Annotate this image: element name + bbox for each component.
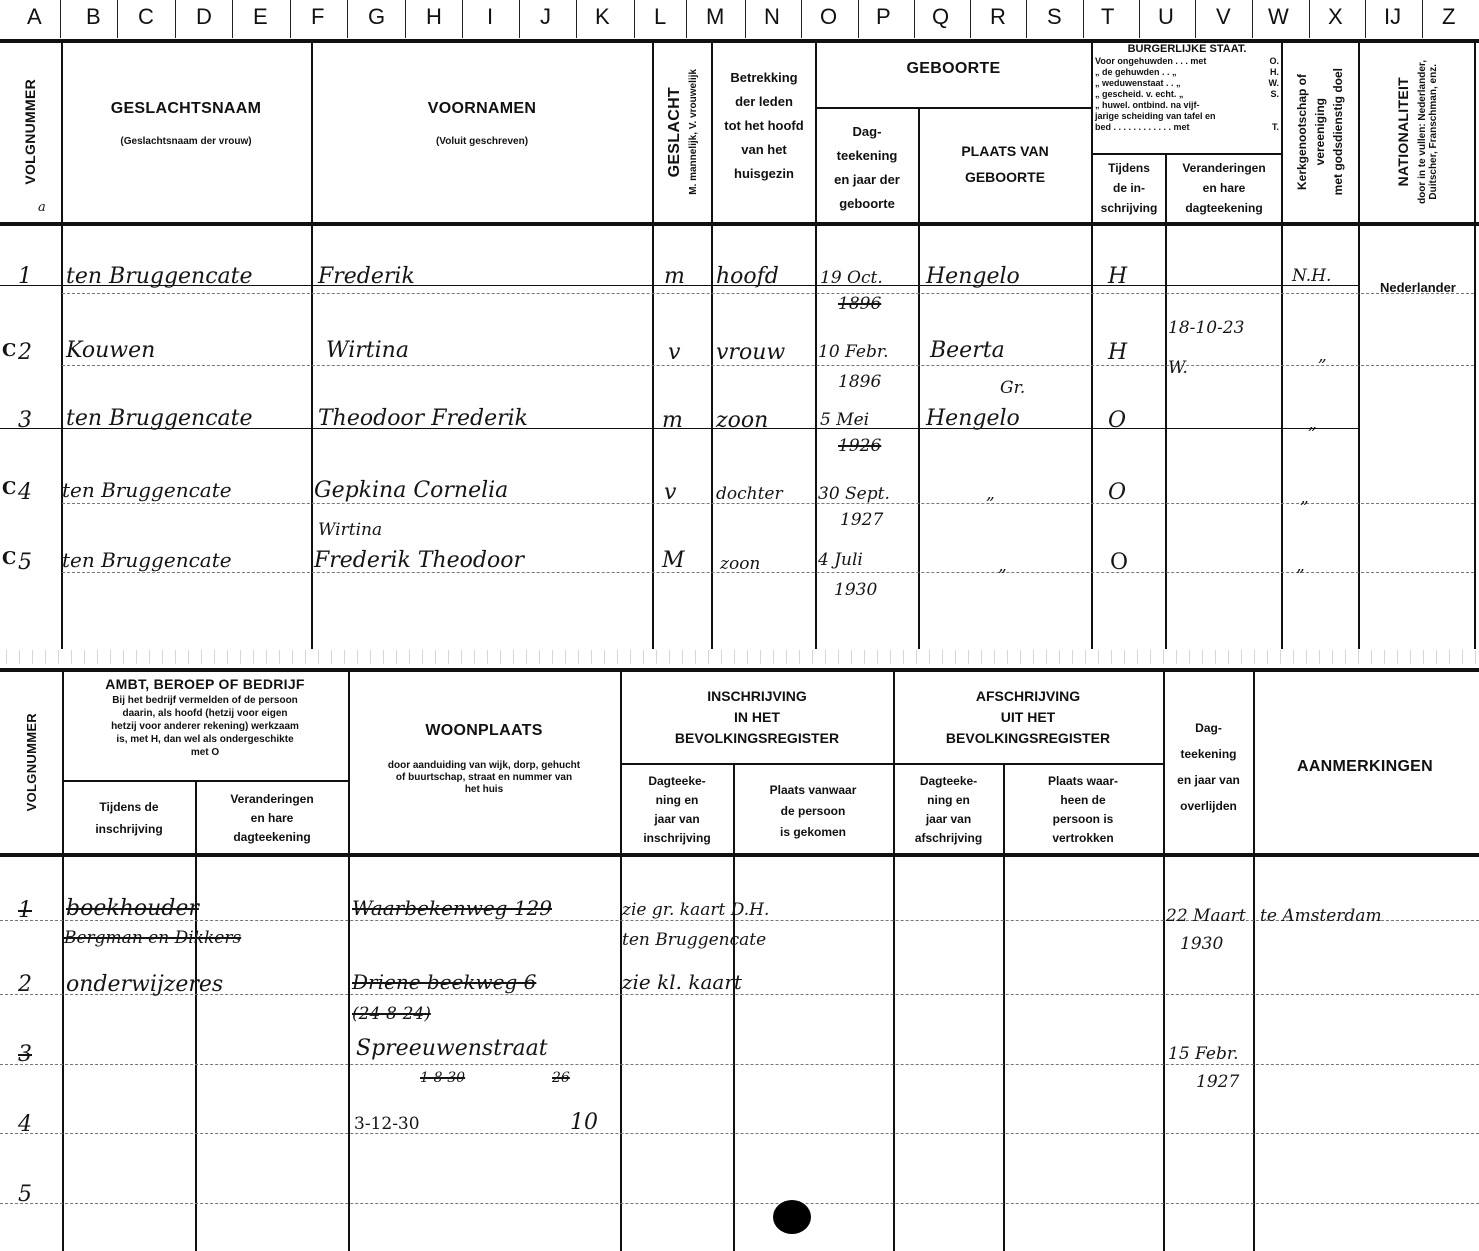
index-letter-m[interactable]: M (706, 4, 724, 30)
ambt-sub-line: Bij het bedrijf vermelden of de persoon (111, 694, 299, 707)
col-line (620, 671, 622, 1251)
bs-line: „ weduwenstaat . . „ (1095, 78, 1181, 89)
row-number: 2 (18, 972, 32, 997)
woonplaats-header: WOONPLAATS door aanduiding van wijk, dor… (350, 722, 618, 796)
index-divider (1195, 0, 1196, 38)
staat: H (1108, 264, 1127, 289)
ambt-tijdens-line: Tijdens de (99, 796, 158, 818)
inschrijving-title-line: INSCHRIJVING (707, 686, 807, 707)
geboorte-header: GEBOORTE (817, 60, 1090, 78)
voornamen-sublabel: (Voluit geschreven) (436, 136, 528, 147)
betrekking: zoon (716, 408, 768, 433)
geb-plaats: „ (998, 556, 1007, 576)
voornamen: Frederik Theodoor (314, 548, 524, 573)
ambt-vervolg: Bergman en Dikkers (64, 928, 241, 948)
ambt-sub-line: met O (111, 746, 299, 759)
nationaliteit: Nederlander (1380, 280, 1456, 295)
row-prefix: C (2, 340, 16, 361)
voornamen: Frederik (318, 264, 415, 289)
geb-jaar: 1930 (834, 580, 877, 600)
inschrijving-title-line: BEVOLKINGSREGISTER (675, 728, 839, 749)
geboorte-datum-line: Dag- (853, 120, 882, 144)
inschrijving-title-line: IN HET (734, 707, 780, 728)
bs-code: H. (1270, 67, 1279, 78)
col-line (893, 671, 895, 1251)
kerk: „ (1300, 488, 1309, 508)
overlijden-line: teekening (1180, 741, 1236, 767)
geb-datum: 4 Juli (818, 550, 863, 570)
index-divider (462, 0, 463, 38)
geslacht: M (662, 548, 685, 573)
index-divider (634, 0, 635, 38)
ambt-veranderingen-line: en hare (251, 809, 294, 828)
afschrijving-datum-line: ning en (927, 791, 970, 810)
overlijden-line: overlijden (1180, 793, 1237, 819)
row-prefix: C (2, 548, 16, 569)
kerk-line: Kerkgenootschap of (1293, 74, 1311, 190)
bs-tijdens-header: Tijdens de in- schrijving (1093, 158, 1165, 218)
bs-veranderingen-line: en hare (1203, 178, 1246, 198)
index-divider (232, 0, 233, 38)
index-divider (405, 0, 406, 38)
index-letter-j[interactable]: J (540, 4, 551, 30)
ambt-title: AMBT, BEROEP OF BEDRIJF (105, 676, 305, 692)
bs-line: Voor ongehuwden . . . met (1095, 56, 1206, 67)
geslachtsnaam-sublabel: (Geslachtsnaam der vrouw) (120, 136, 251, 147)
inschrijving-plaats: zie kl. kaart (622, 970, 742, 994)
row-guide (0, 1133, 1479, 1134)
index-letter-v[interactable]: V (1216, 4, 1231, 30)
woonplaats: Driene beekweg 6 (352, 970, 536, 994)
index-letter-g[interactable]: G (368, 4, 385, 30)
aanmerkingen: te Amsterdam (1260, 906, 1382, 926)
geb-jaar: 1926 (838, 436, 881, 456)
ambt-veranderingen-header: Veranderingen en hare dagteekening (197, 790, 347, 847)
inschrijving-plaats-vervolg: ten Bruggencate (622, 930, 766, 950)
ambt-sub-line: is, met H, dan wel als ondergeschikte (111, 733, 299, 746)
kerk: „ (1296, 556, 1305, 576)
index-letter-o[interactable]: O (820, 4, 837, 30)
row-number: 1 (18, 898, 32, 923)
woonplaats-sub-line: door aanduiding van wijk, dorp, gehucht (388, 760, 580, 772)
woonplaats-label: WOONPLAATS (425, 722, 542, 740)
bs-line: „ de gehuwden . . „ (1095, 67, 1177, 78)
afschrijving-plaats-line: heen de (1060, 791, 1105, 810)
overlijden-datum: 22 Maart (1166, 906, 1246, 926)
overlijden-jaar: 1927 (1196, 1072, 1239, 1092)
geboorte-datum-line: teekening (837, 144, 898, 168)
woonplaats: Spreeuwenstraat (356, 1036, 548, 1061)
geslacht: m (664, 264, 685, 289)
index-divider (519, 0, 520, 38)
achternaam: ten Bruggencate (62, 548, 232, 572)
geboorte-plaats-header: PLAATS VAN GEBOORTE (920, 138, 1090, 190)
bs-tijdens-line: Tijdens (1108, 158, 1150, 178)
voornamen: Theodoor Frederik (318, 406, 528, 431)
geboorte-datum-line: geboorte (839, 192, 895, 216)
index-letter-q[interactable]: Q (932, 4, 949, 30)
voornamen-header: VOORNAMEN (Voluit geschreven) (312, 100, 652, 147)
ambt-sub-line: daarin, als hoofd (hetzij voor eigen (111, 707, 299, 720)
page-fold (0, 650, 1479, 664)
index-letter-c[interactable]: C (138, 4, 154, 30)
ambt-tijdens-header: Tijdens de inschrijving (64, 796, 194, 840)
index-divider (970, 0, 971, 38)
index-letter-h[interactable]: H (426, 4, 442, 30)
betrekking-line: der leden (735, 90, 793, 114)
bottom-header-bottom-border (0, 853, 1479, 857)
kerk-line: met godsdienstig doel (1329, 68, 1347, 195)
row-number: 5 (18, 1182, 32, 1207)
corner-mark: a (38, 200, 46, 215)
betrekking: zoon (720, 554, 760, 574)
voornamen-vervolg: Wirtina (318, 520, 382, 540)
row-number: 3 (18, 1042, 32, 1067)
geb-datum: 30 Sept. (818, 484, 890, 504)
geboorte-plaats-line: PLAATS VAN (961, 138, 1048, 164)
bs-veranderingen-line: Veranderingen (1182, 158, 1265, 178)
inschrijving-datum-line: ning en (656, 791, 699, 810)
bs-code: T. (1272, 122, 1279, 133)
bs-tijdens-line: de in- (1113, 178, 1145, 198)
inschrijving-header: INSCHRIJVING IN HET BEVOLKINGSREGISTER (622, 686, 892, 749)
bs-veranderingen-line: dagteekening (1185, 198, 1262, 218)
index-divider (745, 0, 746, 38)
index-divider (60, 0, 61, 38)
achternaam: ten Bruggencate (66, 264, 253, 289)
woonplaats-datum-struck: 1-8-30 (420, 1070, 465, 1086)
index-divider (1083, 0, 1084, 38)
nationaliteit-sub-line: door in te vullen: Nederlander, (1417, 60, 1428, 204)
geb-plaats: „ (986, 484, 995, 504)
afschrijving-datum-line: jaar van (926, 810, 971, 829)
inschrijving-datum-line: jaar van (654, 810, 699, 829)
staat: H (1108, 340, 1127, 365)
geslacht: m (662, 408, 683, 433)
ambt-tijdens-line: inschrijving (95, 818, 162, 840)
geb-plaats-note: Gr. (1000, 378, 1025, 398)
achternaam: ten Bruggencate (62, 478, 232, 502)
index-divider (914, 0, 915, 38)
afschrijving-datum-header: Dagteeke- ning en jaar van afschrijving (895, 772, 1002, 848)
afschrijving-title-line: BEVOLKINGSREGISTER (946, 728, 1110, 749)
bs-code: S. (1270, 89, 1279, 100)
ink-blot (773, 1200, 811, 1234)
row-number: 1 (18, 264, 32, 289)
aanmerkingen-header: AANMERKINGEN (1255, 758, 1475, 776)
row-number: 5 (18, 550, 32, 575)
achternaam: Kouwen (66, 338, 155, 363)
inschrijving-plaats-line: Plaats vanwaar (770, 780, 857, 801)
top-header-bottom-border (0, 222, 1479, 226)
index-letter-n[interactable]: N (764, 4, 780, 30)
nationaliteit-header: NATIONALITEIT door in te vullen: Nederla… (1360, 44, 1474, 220)
kerk: „ (1318, 346, 1327, 366)
ambt-veranderingen-line: Veranderingen (230, 790, 313, 809)
index-divider (117, 0, 118, 38)
row-guide (62, 293, 1474, 294)
geslacht-header: GESLACHT M. mannelijk, V. vrouwelijk (654, 44, 710, 220)
index-letter-ij[interactable]: IJ (1384, 4, 1401, 30)
staat: O (1108, 480, 1126, 505)
col-line (1091, 41, 1093, 649)
row-prefix: C (2, 478, 16, 499)
row-guide (62, 572, 1474, 573)
geslachtsnaam-header: GESLACHTSNAAM (Geslachtsnaam der vrouw) (62, 100, 310, 147)
index-letter-i[interactable]: I (487, 4, 493, 30)
woonplaats-sub-line: het huis (388, 784, 580, 796)
geslacht: v (664, 480, 676, 505)
index-divider (1422, 0, 1423, 38)
geb-datum: 10 Febr. (818, 342, 889, 362)
index-divider (290, 0, 291, 38)
geb-plaats: Hengelo (926, 406, 1020, 431)
index-divider (175, 0, 176, 38)
volgnummer-header: VOLGNUMMER (0, 44, 60, 220)
ambt: onderwijzeres (66, 972, 223, 997)
inschrijving-plaats-header: Plaats vanwaar de persoon is gekomen (735, 780, 891, 843)
burgerlijke-staat-header: BURGERLIJKE STAAT. Voor ongehuwden . . .… (1095, 43, 1279, 133)
index-letter-k[interactable]: K (595, 4, 610, 30)
inschrijving-plaats-line: de persoon (781, 801, 846, 822)
geslacht-sublabel: M. mannelijk, V. vrouwelijk (688, 69, 699, 195)
geb-jaar: 1896 (838, 372, 881, 392)
row-number: 2 (18, 340, 32, 365)
index-divider (858, 0, 859, 38)
bs-tijdens-line: schrijving (1101, 198, 1158, 218)
bottom-table-border (0, 668, 1479, 672)
geboorte-divider (815, 107, 1091, 109)
geboorte-datum-header: Dag- teekening en jaar der geboorte (817, 120, 917, 216)
bs-line: „ gescheid. v. echt. „ (1095, 89, 1183, 100)
geslacht-label: GESLACHT (666, 87, 684, 177)
col-line (1474, 41, 1476, 649)
row-guide (0, 1203, 1479, 1204)
geb-jaar: 1896 (838, 294, 881, 314)
afschrijving-plaats-line: persoon is (1053, 810, 1114, 829)
index-letter-t[interactable]: T (1101, 4, 1114, 30)
geb-datum: 5 Mei (820, 410, 869, 430)
afschrijving-title-line: AFSCHRIJVING (976, 686, 1080, 707)
ambt-sub-line: hetzij voor anderer rekening) werkzaam (111, 720, 299, 733)
index-letter-a[interactable]: A (27, 4, 42, 30)
woonplaats-datum: 3-12-30 (354, 1114, 420, 1134)
bs-code: O. (1269, 56, 1279, 67)
afschrijving-plaats-line: vertrokken (1052, 829, 1113, 848)
staat: O (1110, 550, 1128, 575)
geb-plaats: Beerta (930, 338, 1005, 363)
afschrijving-header: AFSCHRIJVING UIT HET BEVOLKINGSREGISTER (895, 686, 1161, 749)
index-letter-z[interactable]: Z (1442, 4, 1455, 30)
woonplaats: Waarbekenweg 129 (352, 896, 552, 920)
staat-verandering: 18-10-23 W. (1168, 308, 1268, 388)
index-letter-l[interactable]: L (654, 4, 666, 30)
volgnummer-label: VOLGNUMMER (24, 713, 39, 811)
register-divider (620, 763, 1163, 765)
index-letter-s[interactable]: S (1047, 4, 1062, 30)
index-letter-b[interactable]: B (86, 4, 101, 30)
ambt: boekhouder (66, 896, 199, 921)
inschrijving-datum-header: Dagteeke- ning en jaar van inschrijving (622, 772, 732, 848)
index-divider (1026, 0, 1027, 38)
afschrijving-plaats-line: Plaats waar- (1048, 772, 1118, 791)
betrekking: hoofd (716, 264, 779, 289)
nationaliteit-sub-line: Duitscher, Franschman, enz. (1428, 64, 1439, 200)
overlijden-jaar: 1930 (1180, 934, 1223, 954)
kerk: N.H. (1292, 266, 1331, 286)
burgerlijke-staat-title: BURGERLIJKE STAAT. (1095, 43, 1279, 56)
inschrijving-plaats-line: is gekomen (780, 822, 846, 843)
row-number: 3 (18, 408, 32, 433)
afschrijving-datum-line: Dagteeke- (920, 772, 977, 791)
overlijden-header: Dag- teekening en jaar van overlijden (1165, 715, 1252, 819)
overlijden-line: en jaar van (1177, 767, 1240, 793)
row-number: 4 (18, 1112, 32, 1137)
voornamen: Gepkina Cornelia (314, 478, 508, 503)
bs-code: W. (1269, 78, 1280, 89)
row-guide (0, 920, 1479, 921)
geslacht: v (668, 340, 680, 365)
betrekking-line: huisgezin (734, 162, 794, 186)
index-letter-w[interactable]: W (1268, 4, 1289, 30)
huisnummer-struck: 26 (552, 1070, 570, 1086)
volgnummer-label: VOLGNUMMER (22, 79, 38, 185)
index-letter-r[interactable]: R (990, 4, 1006, 30)
voornamen: Wirtina (326, 338, 409, 363)
geslachtsnaam-label: GESLACHTSNAAM (111, 100, 262, 118)
index-letter-f[interactable]: F (311, 4, 324, 30)
nationaliteit-label: NATIONALITEIT (1395, 77, 1411, 186)
voornamen-label: VOORNAMEN (428, 100, 536, 118)
kerk-line: vereeniging (1311, 98, 1329, 165)
volgnummer-header-bottom: VOLGNUMMER (0, 672, 62, 852)
index-divider (1309, 0, 1310, 38)
row-number: 4 (18, 480, 32, 505)
geboorte-datum-line: en jaar der (834, 168, 900, 192)
ambt-header: AMBT, BEROEP OF BEDRIJF Bij het bedrijf … (64, 676, 346, 759)
staat: O (1108, 408, 1126, 433)
aanmerkingen-label: AANMERKINGEN (1297, 758, 1433, 776)
afschrijving-plaats-header: Plaats waar- heen de persoon is vertrokk… (1005, 772, 1161, 848)
bs-line: bed . . . . . . . . . . . . met (1095, 122, 1190, 133)
index-divider (1365, 0, 1366, 38)
kerkgenootschap-header: Kerkgenootschap of vereeniging met godsd… (1283, 44, 1357, 220)
inschrijving-datum-line: Dagteeke- (648, 772, 705, 791)
index-divider (686, 0, 687, 38)
row-guide (0, 1064, 1479, 1065)
huisnummer: 10 (570, 1110, 598, 1135)
overlijden-datum: 15 Febr. (1168, 1044, 1239, 1064)
ambt-divider (62, 780, 348, 782)
index-divider (1139, 0, 1140, 38)
achternaam: ten Bruggencate (66, 406, 253, 431)
overlijden-line: Dag- (1195, 715, 1222, 741)
col-line (1165, 154, 1167, 649)
woonplaats-datum: (24-8-24) (352, 1004, 431, 1024)
index-letter-x[interactable]: X (1328, 4, 1343, 30)
kerk: „ (1308, 414, 1317, 434)
index-divider (576, 0, 577, 38)
ambt-veranderingen-line: dagteekening (233, 828, 310, 847)
inschrijving-datum-line: inschrijving (643, 829, 710, 848)
betrekking-line: Betrekking (730, 66, 797, 90)
inschrijving-plaats: zie gr. kaart D.H. (622, 900, 769, 920)
geb-jaar: 1927 (840, 510, 883, 530)
afschrijving-title-line: UIT HET (1001, 707, 1055, 728)
burgerlijke-staat-divider (1092, 153, 1282, 155)
index-divider (1252, 0, 1253, 38)
woonplaats-sub-line: of buurtschap, straat en nummer van (388, 772, 580, 784)
index-letter-u[interactable]: U (1158, 4, 1174, 30)
col-line (195, 782, 197, 1251)
betrekking: dochter (716, 484, 783, 504)
index-letter-e[interactable]: E (253, 4, 268, 30)
betrekking-header: Betrekking der leden tot het hoofd van h… (713, 66, 815, 186)
betrekking-line: tot het hoofd (724, 114, 803, 138)
index-letter-d[interactable]: D (196, 4, 212, 30)
bs-line: „ huwel. ontbind. na vijf- (1095, 100, 1200, 111)
index-divider (347, 0, 348, 38)
afschrijving-datum-line: afschrijving (915, 829, 982, 848)
geboorte-plaats-line: GEBOORTE (965, 164, 1045, 190)
betrekking-line: van het (741, 138, 787, 162)
index-divider (801, 0, 802, 38)
index-letter-p[interactable]: P (876, 4, 891, 30)
geb-datum: 19 Oct. (820, 268, 883, 288)
bs-line: jarige scheiding van tafel en (1095, 111, 1216, 122)
geb-plaats: Hengelo (926, 264, 1020, 289)
geboorte-label: GEBOORTE (907, 60, 1001, 78)
betrekking: vrouw (716, 340, 785, 365)
bs-veranderingen-header: Veranderingen en hare dagteekening (1167, 158, 1281, 218)
